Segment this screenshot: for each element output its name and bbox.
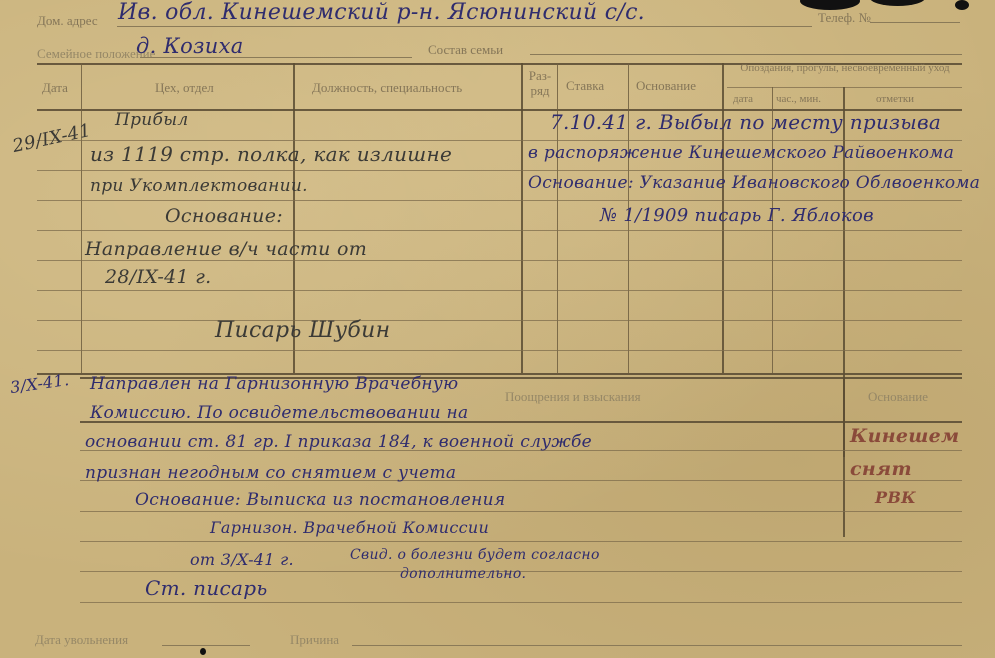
awards-basis-stamp: Кинешем	[850, 425, 959, 447]
dismissal-reason-label: Причина	[290, 632, 339, 648]
entry-1-line: из 1119 стр. полка, как излишне	[90, 142, 452, 166]
address-value: Ив. обл. Кинешемский р-н. Ясюнинский с/с…	[118, 0, 645, 25]
awards-entry-line: Направлен на Гарнизонную Врачебную	[90, 374, 458, 394]
awards-entry-line: основании ст. 81 гр. I приказа 184, к во…	[85, 432, 592, 452]
entry-1-line: Основание:	[165, 205, 283, 227]
entry-1-line: Направление в/ч части от	[85, 238, 367, 260]
column-basis: Основание	[636, 78, 696, 94]
awards-entry-line: Комиссию. По освидетельствовании на	[90, 403, 469, 423]
awards-entry-line: Гарнизон. Врачебной Комиссии	[210, 518, 489, 537]
column-absence-date: дата	[733, 93, 753, 105]
column-awards-basis: Основание	[868, 389, 928, 405]
awards-entry-line: от 3/X-41 г.	[190, 550, 294, 569]
entry-2-line: 7.10.41 г. Выбыл по месту призыва	[550, 110, 941, 134]
awards-entry-line: Основание: Выписка из постановления	[135, 490, 505, 510]
entry-2-line: Основание: Указание Ивановского Облвоенк…	[528, 173, 980, 193]
family-label: Состав семьи	[428, 42, 503, 58]
column-position: Должность, специальность	[312, 80, 462, 96]
awards-entry-note: Свид. о болезни будет согласно	[350, 547, 600, 563]
entry-1-line: 28/IX-41 г.	[105, 266, 212, 288]
awards-basis-stamp: РВК	[875, 488, 916, 507]
entry-2-line: в распоряжение Кинешемского Райвоенкома	[528, 143, 954, 163]
column-grade: Раз-ряд	[524, 68, 556, 98]
column-absence-group: Опоздания, прогулы, несвоевременный уход	[732, 62, 958, 74]
entry-1-line: Прибыл	[115, 110, 189, 130]
column-rate: Ставка	[566, 78, 604, 94]
dismissal-date-label: Дата увольнения	[35, 632, 128, 648]
awards-entry-date: 3/X-41.	[9, 370, 70, 397]
awards-basis-stamp: снят	[850, 458, 912, 480]
column-workshop: Цех, отдел	[155, 80, 214, 96]
entry-1-line: при Укомплектовании.	[90, 176, 308, 196]
marital-status-value: д. Козиха	[136, 34, 244, 58]
awards-entry-note: дополнительно.	[400, 566, 526, 582]
column-date: Дата	[42, 80, 68, 96]
awards-entry-signature: Ст. писарь	[145, 576, 268, 600]
address-label: Дом. адрес	[37, 13, 98, 29]
entry-2-line: № 1/1909 писарь Г. Яблоков	[600, 205, 874, 226]
entry-1-signature: Писарь Шубин	[215, 318, 390, 343]
column-awards: Поощрения и взыскания	[505, 389, 641, 405]
column-absence-time: час., мин.	[776, 93, 821, 105]
awards-entry-line: признан негодным со снятием с учета	[85, 463, 456, 483]
phone-label: Телеф. №	[818, 10, 871, 26]
column-absence-notes: отметки	[876, 93, 914, 105]
